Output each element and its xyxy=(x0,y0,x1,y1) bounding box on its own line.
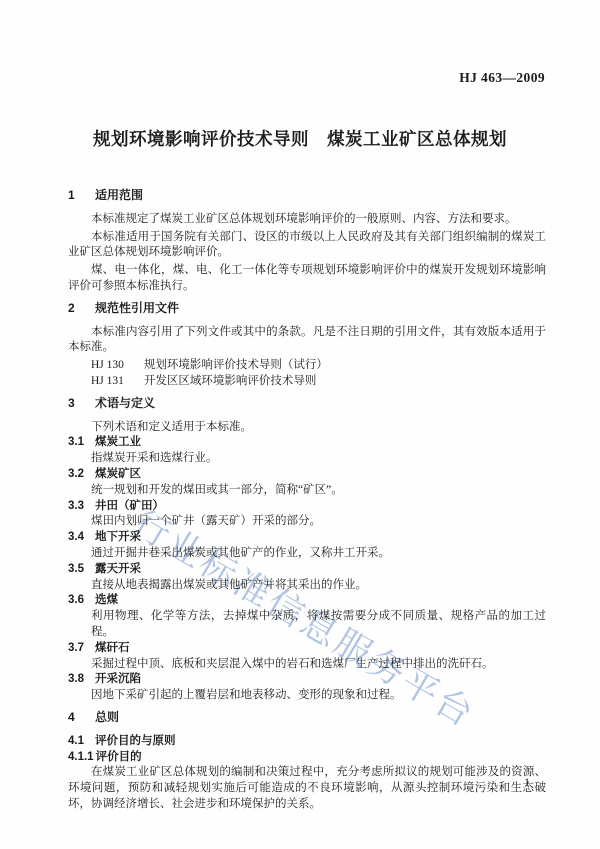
reference-title: 开发区区域环境影响评价技术导则 xyxy=(144,375,317,387)
term-heading: 3.2煤炭矿区 xyxy=(68,467,546,483)
section-heading-label: 总则 xyxy=(95,710,119,724)
subsection-number: 4.1 xyxy=(68,734,93,750)
paragraph: 本标准内容引用了下列文件或其中的条款。凡是不注日期的引用文件，其有效版本适用于本… xyxy=(68,325,546,357)
subsection-heading-label: 评价目的与原则 xyxy=(95,735,176,747)
term-heading: 3.3井田（矿田） xyxy=(68,499,546,515)
term-entry: 3.7煤矸石 采掘过程中顶、底板和夹层混入煤中的岩石和选煤厂生产过程中排出的洗矸… xyxy=(68,641,546,673)
subsection-number: 4.1.1 xyxy=(68,750,94,766)
term-definition: 利用物理、化学等方法，去掉煤中杂质，将煤按需要分成不同质量、规格产品的加工过程。 xyxy=(68,609,546,641)
terms-intro: 下列术语和定义适用于本标准。 xyxy=(68,420,546,436)
term-definition: 因地下采矿引起的上覆岩层和地表移动、变形的现象和过程。 xyxy=(68,688,546,704)
term-heading: 3.7煤矸石 xyxy=(68,641,546,657)
section-heading: 3术语与定义 xyxy=(68,396,546,412)
section-normative-references: 2规范性引用文件 本标准内容引用了下列文件或其中的条款。凡是不注日期的引用文件，… xyxy=(68,301,546,390)
term-heading: 3.8开采沉陷 xyxy=(68,672,546,688)
term-definition: 统一规划和开发的煤田或其一部分，简称“矿区”。 xyxy=(68,483,546,499)
standard-number: HJ 463—2009 xyxy=(459,70,545,86)
term-definition: 直接从地表揭露出煤炭或其他矿产并将其采出的作业。 xyxy=(68,578,546,594)
term-definition: 煤田内划归一个矿井（露天矿）开采的部分。 xyxy=(68,514,546,530)
section-general-principles: 4总则 4.1评价目的与原则 4.1.1评价目的 在煤炭工业矿区总体规划的编制和… xyxy=(68,710,546,813)
subsection-heading-label: 评价目的 xyxy=(96,751,142,763)
document-body: 1适用范围 本标准规定了煤炭工业矿区总体规划环境影响评价的一般原则、内容、方法和… xyxy=(68,182,546,815)
section-number: 2 xyxy=(68,301,93,317)
section-heading-label: 规范性引用文件 xyxy=(95,301,179,315)
term-heading: 3.4地下开采 xyxy=(68,530,546,546)
paragraph: 本标准适用于国务院有关部门、设区的市级以上人民政府及其有关部门组织编制的煤炭工业… xyxy=(68,230,546,262)
section-number: 1 xyxy=(68,188,93,204)
term-definition: 采掘过程中顶、底板和夹层混入煤中的岩石和选煤厂生产过程中排出的洗矸石。 xyxy=(68,657,546,673)
document-page: 行业标准信息服务平台 HJ 463—2009 规划环境影响评价技术导则 煤炭工业… xyxy=(0,0,600,849)
term-name: 地下开采 xyxy=(95,531,141,543)
term-number: 3.3 xyxy=(68,499,93,515)
section-heading: 4总则 xyxy=(68,710,546,726)
reference-code: HJ 130 xyxy=(91,359,124,371)
term-entry: 3.1煤炭工业 指煤炭开采和选煤行业。 xyxy=(68,435,546,467)
term-number: 3.7 xyxy=(68,641,93,657)
section-heading: 1适用范围 xyxy=(68,188,546,204)
term-definition: 指煤炭开采和选煤行业。 xyxy=(68,451,546,467)
term-heading: 3.6选煤 xyxy=(68,593,546,609)
subsection-heading: 4.1评价目的与原则 xyxy=(68,734,546,750)
term-number: 3.5 xyxy=(68,562,93,578)
term-entry: 3.5露天开采 直接从地表揭露出煤炭或其他矿产并将其采出的作业。 xyxy=(68,562,546,594)
term-name: 井田（矿田） xyxy=(95,500,164,512)
term-number: 3.8 xyxy=(68,672,93,688)
reference-title: 规划环境影响评价技术导则（试行） xyxy=(144,359,328,371)
term-entry: 3.3井田（矿田） 煤田内划归一个矿井（露天矿）开采的部分。 xyxy=(68,499,546,531)
term-number: 3.1 xyxy=(68,435,93,451)
term-entry: 3.2煤炭矿区 统一规划和开发的煤田或其一部分，简称“矿区”。 xyxy=(68,467,546,499)
page-number: 1 xyxy=(524,775,530,790)
term-name: 开采沉陷 xyxy=(95,673,141,685)
paragraph: 在煤炭工业矿区总体规划的编制和决策过程中，充分考虑所拟议的规划可能涉及的资源、环… xyxy=(68,765,546,812)
section-heading: 2规范性引用文件 xyxy=(68,301,546,317)
term-number: 3.6 xyxy=(68,593,93,609)
term-heading: 3.5露天开采 xyxy=(68,562,546,578)
reference-item: HJ 131开发区区域环境影响评价技术导则 xyxy=(68,374,546,390)
section-number: 3 xyxy=(68,396,93,412)
term-name: 露天开采 xyxy=(95,563,141,575)
reference-code: HJ 131 xyxy=(91,375,124,387)
term-name: 煤炭工业 xyxy=(95,436,141,448)
paragraph: 煤、电一体化，煤、电、化工一体化等专项规划环境影响评价中的煤炭开发规划环境影响评… xyxy=(68,263,546,295)
term-entry: 3.4地下开采 通过开掘井巷采出煤炭或其他矿产的作业，又称井工开采。 xyxy=(68,530,546,562)
document-title: 规划环境影响评价技术导则 煤炭工业矿区总体规划 xyxy=(0,126,600,151)
term-number: 3.4 xyxy=(68,530,93,546)
paragraph: 本标准规定了煤炭工业矿区总体规划环境影响评价的一般原则、内容、方法和要求。 xyxy=(68,212,546,228)
term-entry: 3.8开采沉陷 因地下采矿引起的上覆岩层和地表移动、变形的现象和过程。 xyxy=(68,672,546,704)
section-terms-definitions: 3术语与定义 下列术语和定义适用于本标准。 3.1煤炭工业 指煤炭开采和选煤行业… xyxy=(68,396,546,704)
subsection-heading: 4.1.1评价目的 xyxy=(68,750,546,766)
term-name: 煤矸石 xyxy=(95,642,130,654)
term-definition: 通过开掘井巷采出煤炭或其他矿产的作业，又称井工开采。 xyxy=(68,546,546,562)
section-heading-label: 适用范围 xyxy=(95,188,143,202)
term-name: 煤炭矿区 xyxy=(95,468,141,480)
term-number: 3.2 xyxy=(68,467,93,483)
term-heading: 3.1煤炭工业 xyxy=(68,435,546,451)
term-entry: 3.6选煤 利用物理、化学等方法，去掉煤中杂质，将煤按需要分成不同质量、规格产品… xyxy=(68,593,546,640)
term-name: 选煤 xyxy=(95,594,118,606)
reference-item: HJ 130规划环境影响评价技术导则（试行） xyxy=(68,358,546,374)
section-number: 4 xyxy=(68,710,93,726)
section-scope: 1适用范围 本标准规定了煤炭工业矿区总体规划环境影响评价的一般原则、内容、方法和… xyxy=(68,188,546,295)
section-heading-label: 术语与定义 xyxy=(95,396,155,410)
